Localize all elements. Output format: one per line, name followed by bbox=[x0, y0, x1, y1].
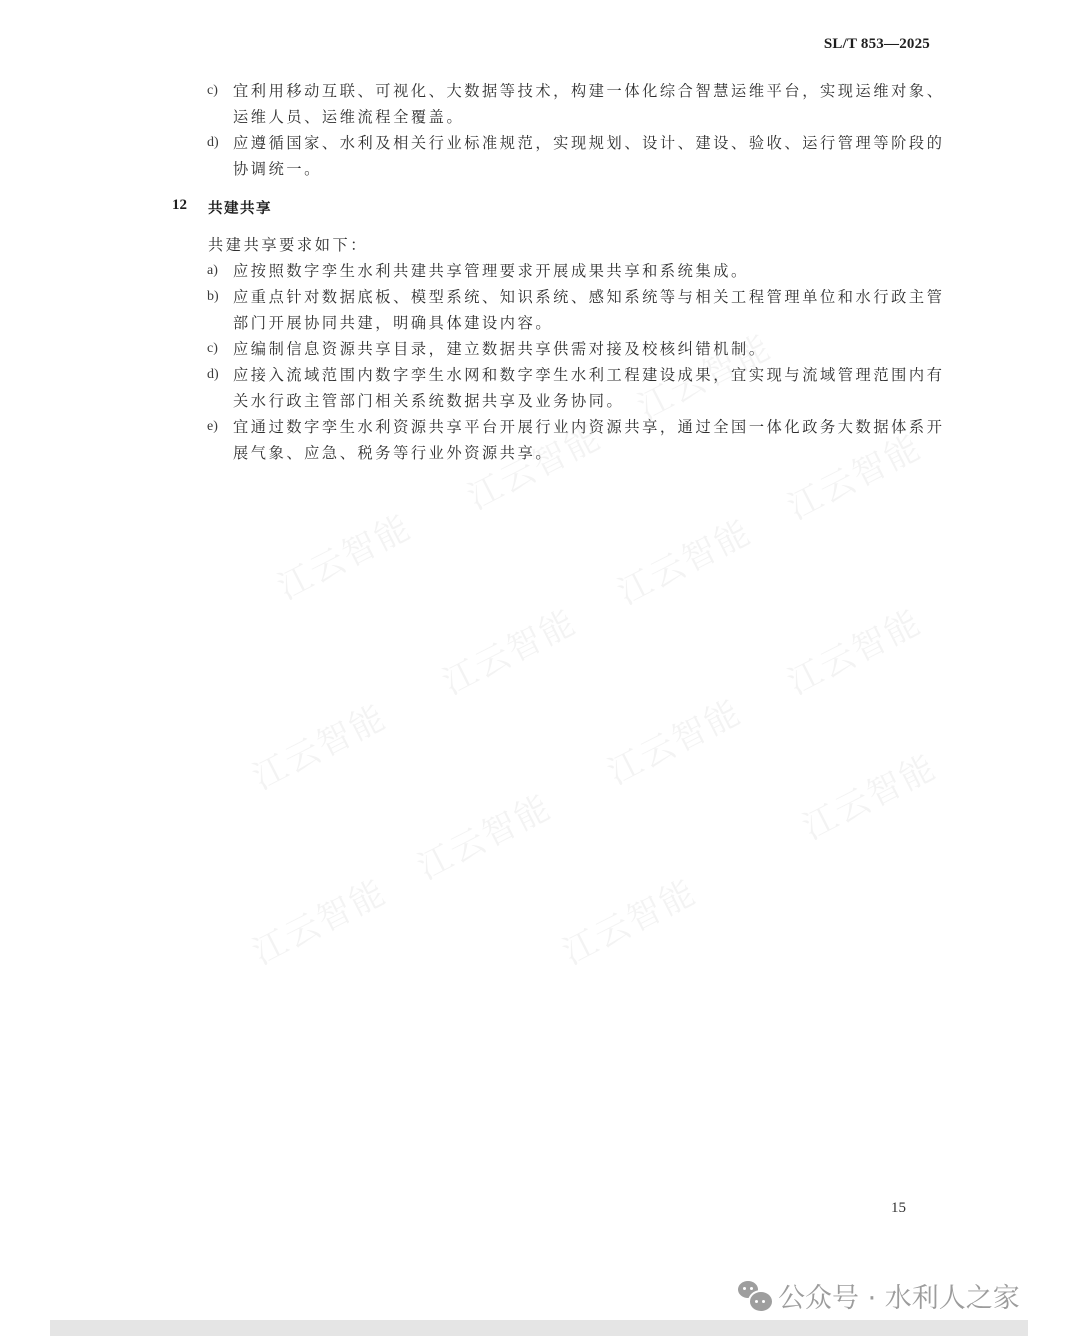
document-page: SL/T 853—2025 c) 宜利用移动互联、可视化、大数据等技术，构建一体… bbox=[0, 0, 1080, 1336]
item-text: 应遵循国家、水利及相关行业标准规范，实现规划、设计、建设、验收、运行管理等阶段的 bbox=[233, 133, 945, 153]
item-label: a) bbox=[207, 261, 218, 281]
item-text: 宜利用移动互联、可视化、大数据等技术，构建一体化综合智慧运维平台，实现运维对象、 bbox=[233, 81, 945, 101]
watermark: 江云智能 bbox=[268, 500, 419, 609]
watermark: 江云智能 bbox=[628, 320, 779, 429]
section-intro: 共建共享要求如下： bbox=[208, 235, 368, 255]
item-label: c) bbox=[207, 81, 218, 101]
watermark: 江云智能 bbox=[433, 595, 584, 704]
section-title: 共建共享 bbox=[208, 197, 272, 218]
footer-brand-text: 公众号 · 水利人之家 bbox=[778, 1276, 1020, 1315]
watermark: 江云智能 bbox=[553, 865, 704, 974]
section-number: 12 bbox=[172, 197, 187, 214]
watermark: 江云智能 bbox=[598, 685, 749, 794]
item-label: c) bbox=[207, 339, 218, 359]
item-text: 应重点针对数据底板、模型系统、知识系统、感知系统等与相关工程管理单位和水行政主管 bbox=[233, 287, 945, 307]
wechat-icon bbox=[738, 1281, 770, 1311]
watermark: 江云智能 bbox=[243, 865, 394, 974]
item-label: d) bbox=[207, 133, 219, 153]
bottom-bar bbox=[50, 1320, 1028, 1336]
watermark: 江云智能 bbox=[408, 780, 559, 889]
watermark: 江云智能 bbox=[778, 595, 929, 704]
item-text: 应按照数字孪生水利共建共享管理要求开展成果共享和系统集成。 bbox=[233, 261, 749, 281]
item-label: e) bbox=[207, 417, 218, 437]
standard-code: SL/T 853—2025 bbox=[824, 36, 930, 53]
watermark: 江云智能 bbox=[793, 740, 944, 849]
item-label: b) bbox=[207, 287, 219, 307]
item-label: d) bbox=[207, 365, 219, 385]
footer-brand: 公众号 · 水利人之家 bbox=[738, 1276, 1020, 1315]
item-text: 协调统一。 bbox=[233, 159, 322, 179]
item-text: 运维人员、运维流程全覆盖。 bbox=[233, 107, 464, 127]
item-text: 关水行政主管部门相关系统数据共享及业务协同。 bbox=[233, 391, 624, 411]
watermark: 江云智能 bbox=[608, 505, 759, 614]
item-text: 部门开展协同共建，明确具体建设内容。 bbox=[233, 313, 553, 333]
watermark: 江云智能 bbox=[243, 690, 394, 799]
page-number: 15 bbox=[891, 1200, 906, 1217]
item-text: 应接入流域范围内数字孪生水网和数字孪生水利工程建设成果，宜实现与流域管理范围内有 bbox=[233, 365, 945, 385]
